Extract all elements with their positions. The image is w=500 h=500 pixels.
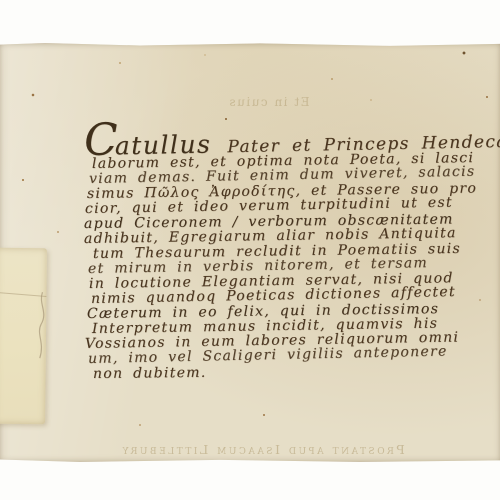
show-through-text-bottom: Prostant apud Isaacum Littlebury (120, 442, 405, 457)
manuscript-line-opening: Catullus Pater et Princeps Hendecasy (84, 105, 500, 157)
show-through-text-top: Et in cuius (228, 95, 309, 109)
manuscript-line: non dubitem. (93, 362, 500, 382)
paper-patch (0, 248, 47, 425)
manuscript-page: Et in cuius Prostant apud Isaacum Little… (0, 43, 500, 462)
photograph-background: Et in cuius Prostant apud Isaacum Little… (0, 0, 500, 500)
paper-tear (32, 290, 53, 360)
handwritten-note: Catullus Pater et Princeps Hendecasy lab… (84, 115, 500, 382)
